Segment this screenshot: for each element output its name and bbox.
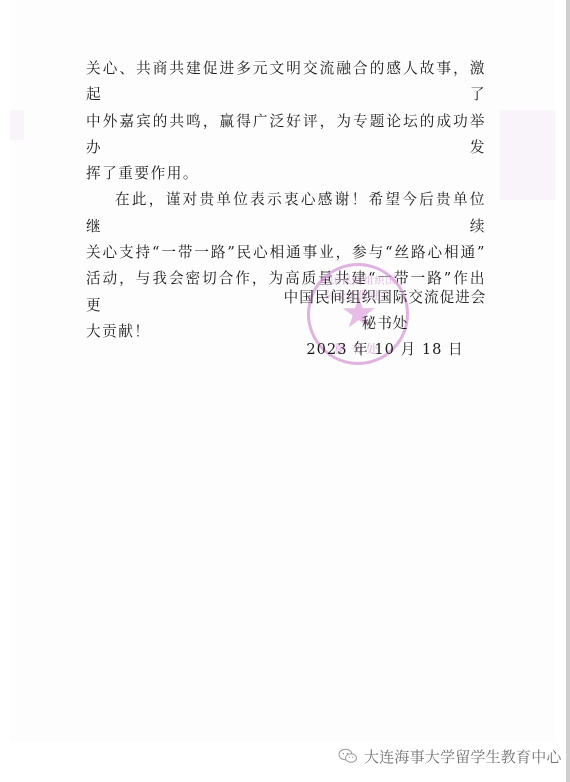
source-watermark: 大连海事大学留学生教育中心 <box>338 745 562 767</box>
body-line: 关心、共商共建促进多元文明交流融合的感人故事，激起了 <box>86 56 486 109</box>
body-line: 挥了重要作用。 <box>86 161 486 187</box>
signature-organization: 中国民间组织国际交流促进会 <box>270 285 500 311</box>
watermark-text: 大连海事大学留学生教育中心 <box>364 746 562 767</box>
signature-block: 中国民间组织国际交流促进会 秘书处 2023 年 10 月 18 日 <box>270 285 500 363</box>
body-line: 关心支持“一带一路”民心相通事业，参与“丝路心相通” <box>86 240 486 266</box>
signature-department: 秘书处 <box>270 311 500 337</box>
body-line: 中外嘉宾的共鸣，赢得广泛好评，为专题论坛的成功举办发 <box>86 109 486 162</box>
wechat-icon <box>338 748 358 764</box>
body-line: 在此，谨对贵单位表示衷心感谢！希望今后贵单位继续 <box>86 187 486 240</box>
scan-artifact <box>500 110 555 200</box>
signature-date: 2023 年 10 月 18 日 <box>270 337 500 363</box>
scrollbar[interactable] <box>566 0 570 782</box>
scan-artifact <box>10 110 24 140</box>
